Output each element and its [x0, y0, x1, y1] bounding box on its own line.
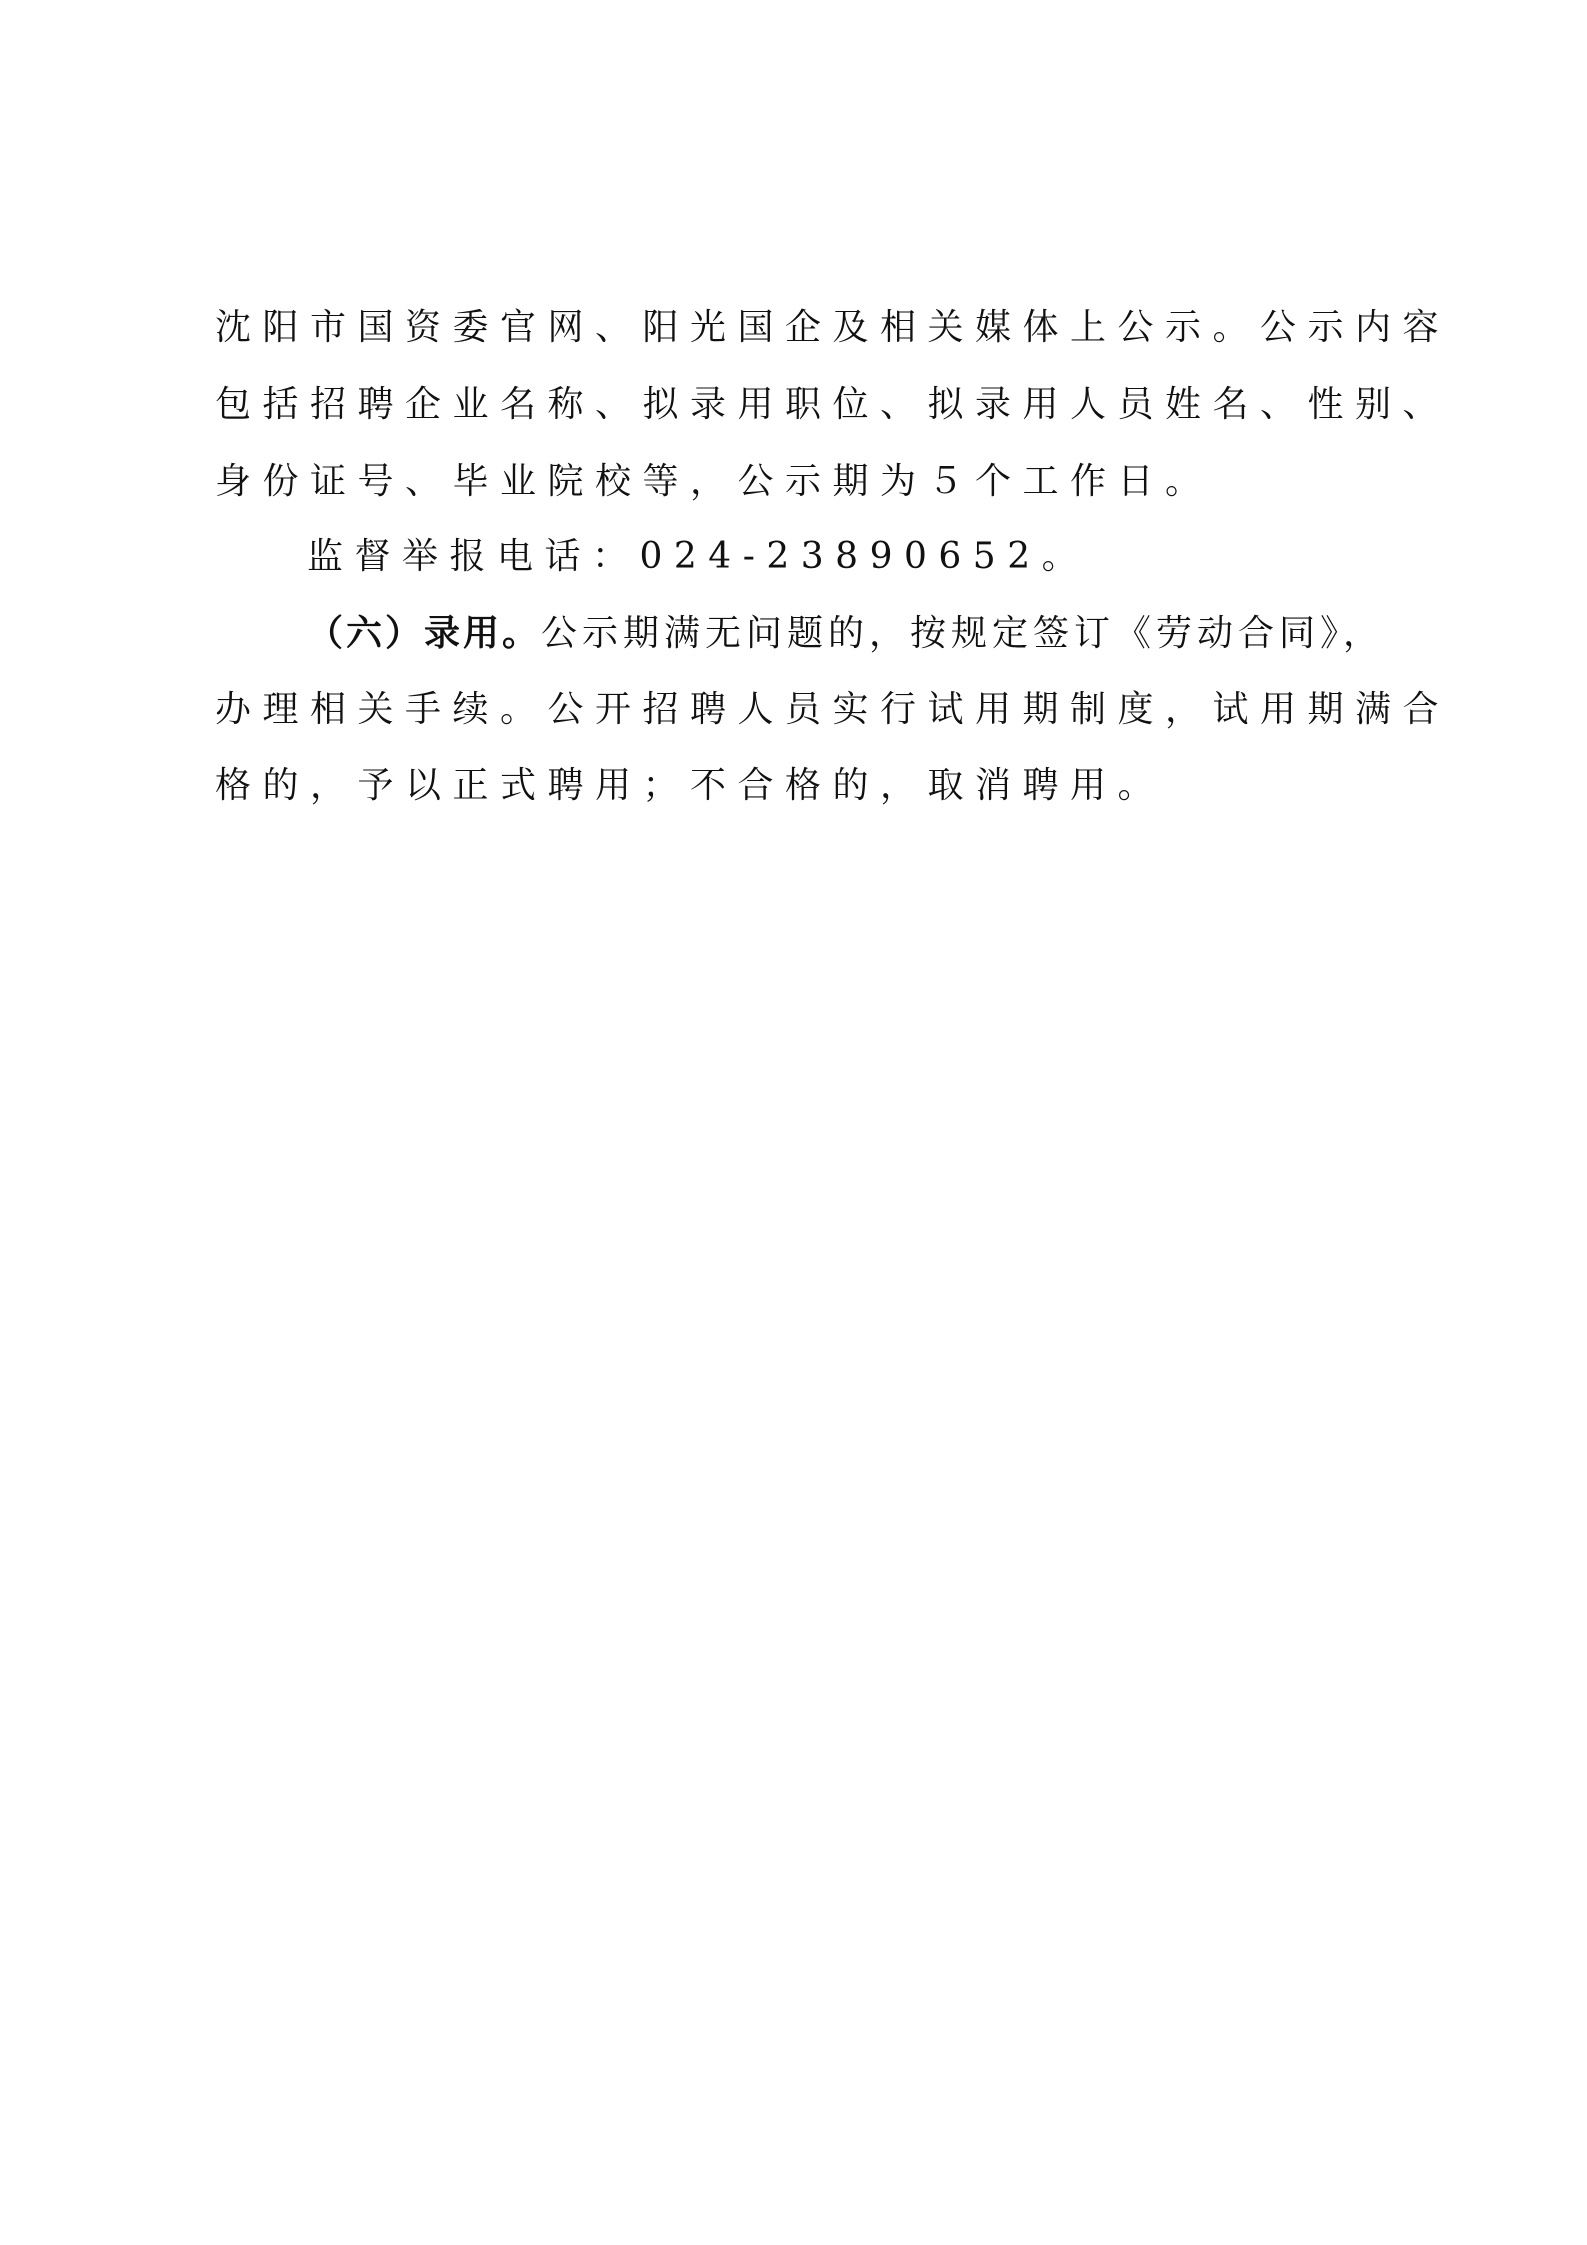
paragraph-line: 公示期满无问题的，按规定签订《劳动合同》， [541, 613, 1384, 654]
hotline-line: 监督举报电话：024-23890652。 [307, 529, 1089, 585]
paragraph-line: 包括招聘企业名称、拟录用职位、拟录用人员姓名、性别、 [215, 377, 1450, 433]
paragraph-line: 格的，予以正式聘用；不合格的，取消聘用。 [215, 758, 1165, 814]
document-page: 沈阳市国资委官网、阳光国企及相关媒体上公示。公示内容 包括招聘企业名称、拟录用职… [0, 0, 1587, 2245]
paragraph-line: 办理相关手续。公开招聘人员实行试用期制度，试用期满合 [215, 682, 1450, 738]
section-heading-employment: （六）录用。 [307, 612, 541, 654]
paragraph-line: 身份证号、毕业院校等，公示期为５个工作日。 [215, 454, 1213, 510]
paragraph-line: 沈阳市国资委官网、阳光国企及相关媒体上公示。公示内容 [215, 300, 1450, 356]
section-six-first-line: （六）录用。公示期满无问题的，按规定签订《劳动合同》， [307, 605, 1384, 661]
